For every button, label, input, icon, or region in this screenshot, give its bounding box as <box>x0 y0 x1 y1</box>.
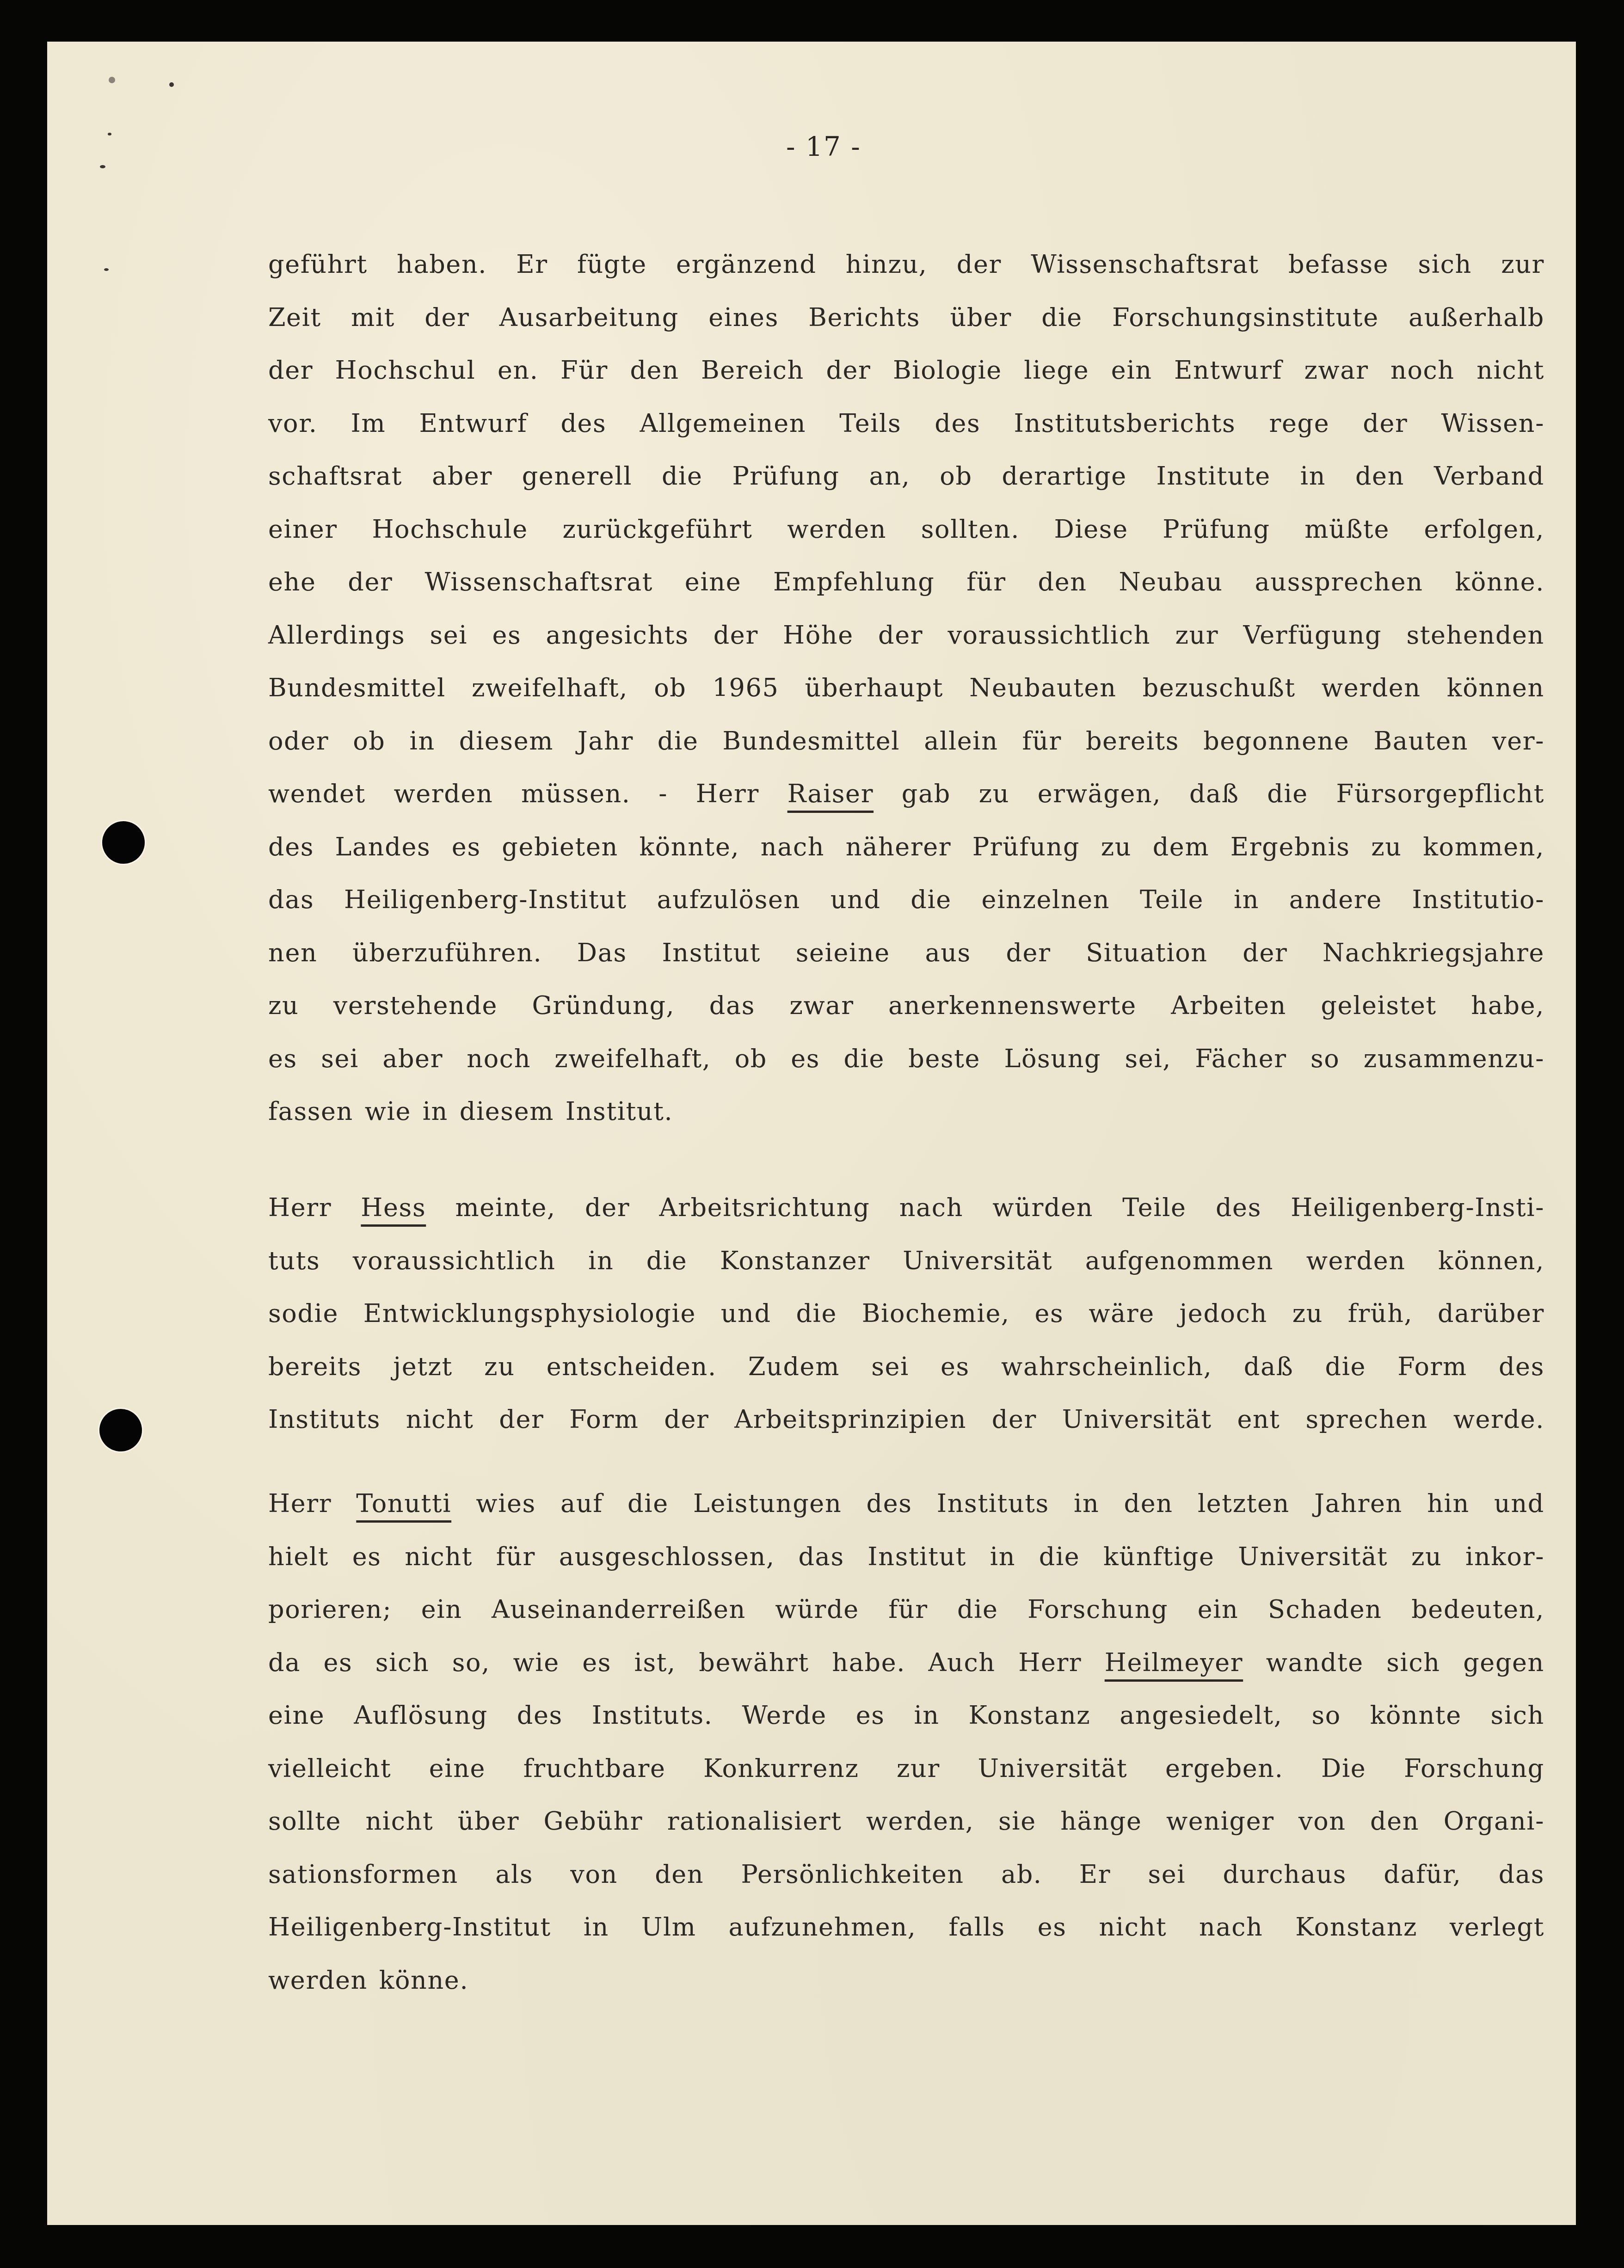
text-segment: ehe der Wissenschaftsrat eine Empfehlung… <box>268 567 1544 596</box>
paper-speck <box>100 165 105 168</box>
text-line: ehe der Wissenschaftsrat eine Empfehlung… <box>268 556 1544 609</box>
text-segment: zu verstehende Gründung, das zwar anerke… <box>268 991 1544 1020</box>
text-line: einer Hochschule zurückgeführt werden so… <box>268 503 1544 556</box>
text-segment: Herr <box>268 1489 356 1518</box>
text-segment: vielleicht eine fruchtbare Konkurrenz zu… <box>268 1754 1544 1783</box>
text-line: sollte nicht über Gebühr rationalisiert … <box>268 1795 1544 1848</box>
text-line: vielleicht eine fruchtbare Konkurrenz zu… <box>268 1742 1544 1795</box>
binder-hole-bottom <box>99 1409 142 1451</box>
text-segment: des Landes es gebieten könnte, nach nähe… <box>268 832 1544 861</box>
paragraph-2: Herr Hess meinte, der Arbeitsrichtung na… <box>268 1181 1544 1446</box>
text-line: Allerdings sei es angesichts der Höhe de… <box>268 609 1544 662</box>
text-segment: es sei aber noch zweifelhaft, ob es die … <box>268 1044 1544 1073</box>
text-segment: Heiligenberg-Institut in Ulm aufzunehmen… <box>268 1912 1544 1942</box>
text-segment: sollte nicht über Gebühr rationalisiert … <box>268 1807 1544 1836</box>
text-segment: nen überzuführen. Das Institut seieine a… <box>268 938 1544 967</box>
binder-hole-top <box>102 821 145 864</box>
text-segment: meinte, der Arbeitsrichtung nach würden … <box>426 1193 1544 1222</box>
text-line: schaftsrat aber generell die Prüfung an,… <box>268 450 1544 503</box>
text-segment: einer Hochschule zurückgeführt werden so… <box>268 515 1544 544</box>
text-line: hielt es nicht für ausgeschlossen, das I… <box>268 1530 1544 1584</box>
text-segment: werden könne. <box>268 1966 468 1995</box>
text-line: zu verstehende Gründung, das zwar anerke… <box>268 979 1544 1033</box>
speaker-name: Heilmeyer <box>1105 1648 1243 1677</box>
text-segment: Zeit mit der Ausarbeitung eines Berichts… <box>268 303 1544 332</box>
paper-speck <box>108 133 111 135</box>
text-line: sationsformen als von den Persönlichkeit… <box>268 1848 1544 1901</box>
paragraph-3: Herr Tonutti wies auf die Leistungen des… <box>268 1477 1544 2007</box>
text-line: Herr Hess meinte, der Arbeitsrichtung na… <box>268 1181 1544 1235</box>
text-segment: geführt haben. Er fügte ergänzend hinzu,… <box>268 250 1544 279</box>
paragraph-1: geführt haben. Er fügte ergänzend hinzu,… <box>268 238 1544 1138</box>
text-segment: Instituts nicht der Form der Arbeitsprin… <box>268 1405 1544 1434</box>
text-line: fassen wie in diesem Institut. <box>268 1085 1544 1138</box>
text-segment: gab zu erwägen, daß die Fürsorgepflicht <box>874 779 1544 808</box>
text-segment: hielt es nicht für ausgeschlossen, das I… <box>268 1542 1544 1571</box>
page-number: - 17 - <box>786 130 879 163</box>
paper-speck <box>104 268 109 271</box>
text-line: geführt haben. Er fügte ergänzend hinzu,… <box>268 238 1544 291</box>
text-line: tuts voraussichtlich in die Konstanzer U… <box>268 1235 1544 1288</box>
text-segment: tuts voraussichtlich in die Konstanzer U… <box>268 1246 1544 1275</box>
text-segment: Allerdings sei es angesichts der Höhe de… <box>268 621 1544 650</box>
text-line: Instituts nicht der Form der Arbeitsprin… <box>268 1393 1544 1446</box>
text-line: Bundesmittel zweifelhaft, ob 1965 überha… <box>268 662 1544 715</box>
text-segment: sationsformen als von den Persönlichkeit… <box>268 1860 1544 1889</box>
text-segment: bereits jetzt zu entscheiden. Zudem sei … <box>268 1352 1544 1381</box>
text-segment: eine Auflösung des Instituts. Werde es i… <box>268 1701 1544 1730</box>
text-line: Herr Tonutti wies auf die Leistungen des… <box>268 1477 1544 1530</box>
text-line: porieren; ein Auseinanderreißen würde fü… <box>268 1583 1544 1636</box>
text-segment: wendet werden müssen. - Herr <box>268 779 787 808</box>
text-segment: oder ob in diesem Jahr die Bundesmittel … <box>268 726 1544 756</box>
text-segment: sodie Entwicklungsphysiologie und die Bi… <box>268 1299 1544 1328</box>
text-line: Heiligenberg-Institut in Ulm aufzunehmen… <box>268 1901 1544 1954</box>
text-segment: da es sich so, wie es ist, bewährt habe.… <box>268 1648 1105 1677</box>
text-line: der Hochschul en. Für den Bereich der Bi… <box>268 344 1544 397</box>
speaker-name: Raiser <box>787 779 874 808</box>
text-segment: Herr <box>268 1193 361 1222</box>
text-segment: der Hochschul en. Für den Bereich der Bi… <box>268 356 1544 385</box>
text-line: Zeit mit der Ausarbeitung eines Berichts… <box>268 291 1544 344</box>
text-segment: porieren; ein Auseinanderreißen würde fü… <box>268 1595 1544 1624</box>
text-line: vor. Im Entwurf des Allgemeinen Teils de… <box>268 397 1544 450</box>
text-segment: wies auf die Leistungen des Instituts in… <box>451 1489 1544 1518</box>
paper-speck <box>169 82 174 87</box>
speaker-name: Tonutti <box>356 1489 451 1518</box>
text-line: oder ob in diesem Jahr die Bundesmittel … <box>268 715 1544 768</box>
text-line: da es sich so, wie es ist, bewährt habe.… <box>268 1636 1544 1690</box>
text-line: das Heiligenberg-Institut aufzulösen und… <box>268 873 1544 927</box>
text-line: bereits jetzt zu entscheiden. Zudem sei … <box>268 1340 1544 1394</box>
text-line: es sei aber noch zweifelhaft, ob es die … <box>268 1033 1544 1086</box>
text-segment: fassen wie in diesem Institut. <box>268 1097 673 1126</box>
text-segment: Bundesmittel zweifelhaft, ob 1965 überha… <box>268 673 1544 702</box>
text-line: wendet werden müssen. - Herr Raiser gab … <box>268 768 1544 821</box>
text-line: werden könne. <box>268 1954 1544 2007</box>
text-segment: das Heiligenberg-Institut aufzulösen und… <box>268 885 1544 914</box>
speaker-name: Hess <box>361 1193 426 1222</box>
text-line: eine Auflösung des Instituts. Werde es i… <box>268 1689 1544 1742</box>
text-segment: wandte sich gegen <box>1243 1648 1544 1677</box>
text-line: nen überzuführen. Das Institut seieine a… <box>268 927 1544 980</box>
text-line: des Landes es gebieten könnte, nach nähe… <box>268 821 1544 874</box>
text-line: sodie Entwicklungsphysiologie und die Bi… <box>268 1287 1544 1340</box>
text-segment: vor. Im Entwurf des Allgemeinen Teils de… <box>268 409 1544 438</box>
paper-speck <box>109 77 115 83</box>
text-segment: schaftsrat aber generell die Prüfung an,… <box>268 461 1544 491</box>
